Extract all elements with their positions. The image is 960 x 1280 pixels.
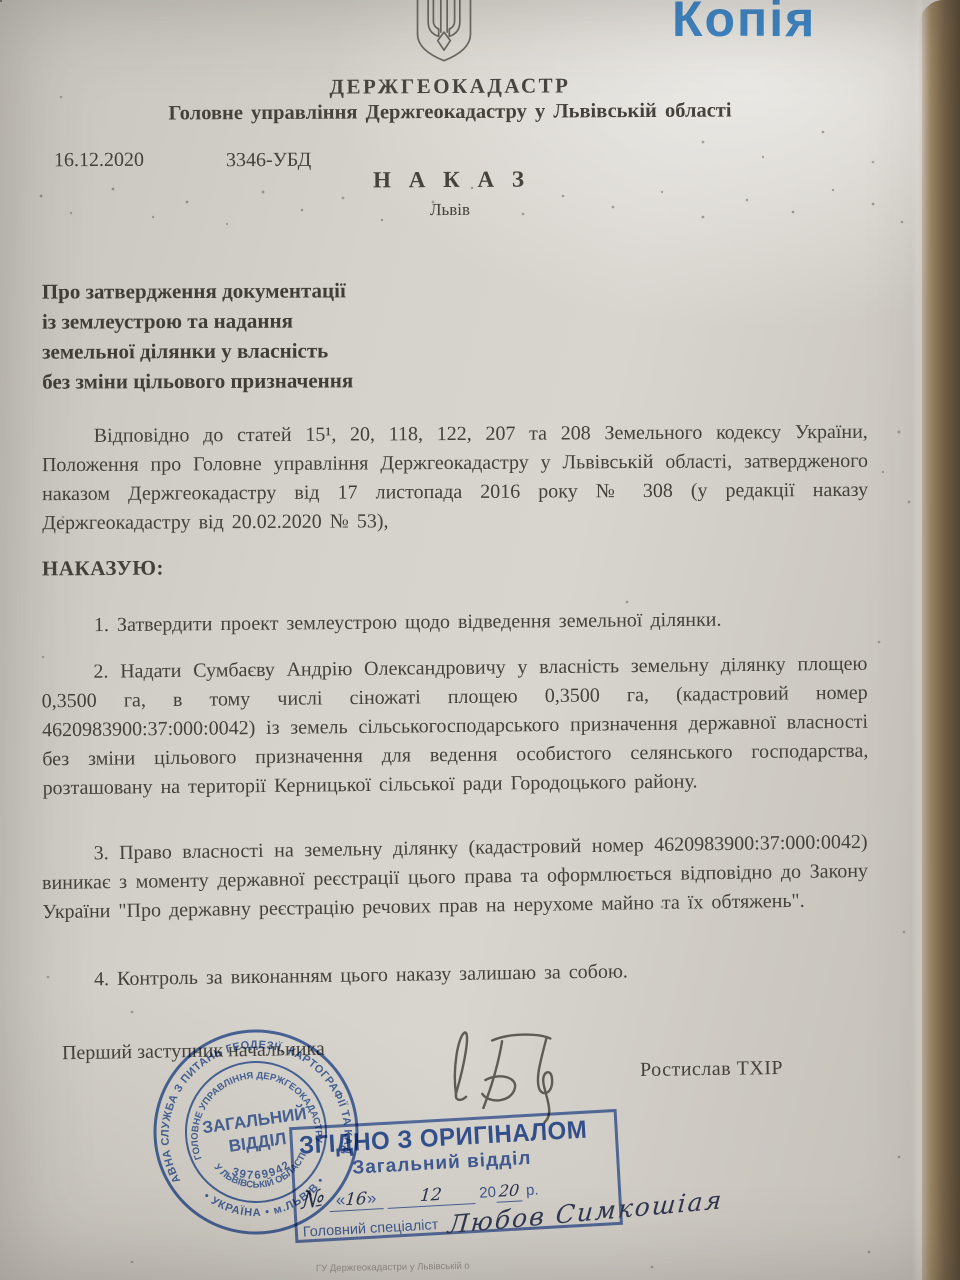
order-item-2: 2. Надати Сумбаєву Андрію Олександровичу… <box>41 650 868 804</box>
footer-reference: ГУ Держгеокадастри у Львівській о <box>316 1261 470 1275</box>
subject-line: із землеустрою та надання <box>42 305 353 336</box>
book-edge <box>918 0 960 1280</box>
subject-block: Про затвердження документації із землеус… <box>42 275 354 396</box>
subject-line: Про затвердження документації <box>42 275 353 306</box>
order-item-4: 4. Контроль за виконанням цього наказу з… <box>42 954 868 995</box>
order-item-1: 1. Затвердити проект землеустрою щодо ві… <box>42 604 868 640</box>
handwritten-month: 12 <box>419 1185 442 1206</box>
document-city: Львів <box>0 198 900 223</box>
preamble-paragraph: Відповідно до статей 15¹, 20, 118, 122, … <box>42 418 869 538</box>
document-type-title: Н А К А З <box>0 165 900 196</box>
handwritten-day: 16 <box>344 1189 367 1210</box>
year-suffix: р. <box>526 1181 539 1199</box>
order-item-3: 3. Право власності на земельну ділянку (… <box>41 828 868 927</box>
scanned-document-photo: Копія ДЕРЖГЕОКАДАСТР Головне управління … <box>0 0 960 1280</box>
stamp-center-line2: ВІДДІЛ <box>227 1129 287 1156</box>
org-unit: Головне управління Держгеокадастру у Льв… <box>0 99 900 127</box>
copy-stamp: Копія <box>672 0 816 48</box>
scan-noise <box>0 0 2 2</box>
signer-name: Ростислав ТХІР <box>640 1057 783 1082</box>
handwritten-year: 20 <box>498 1180 520 1200</box>
certified-copy-stamp: ЗГІДНО З ОРИГІНАЛОМ Загальний відділ № «… <box>289 1109 623 1243</box>
org-name: ДЕРЖГЕОКАДАСТР <box>0 72 900 102</box>
subject-line: без зміни цільового призначення <box>42 365 353 396</box>
year-printed: 20 <box>479 1184 497 1202</box>
specialist-role: Головний спеціаліст <box>302 1217 438 1241</box>
number-scribble: № <box>301 1183 326 1215</box>
trident-emblem-icon <box>404 0 484 66</box>
quote-close: » <box>366 1188 377 1207</box>
order-word: НАКАЗУЮ: <box>42 556 164 582</box>
subject-line: земельної ділянки у власність <box>42 335 353 366</box>
